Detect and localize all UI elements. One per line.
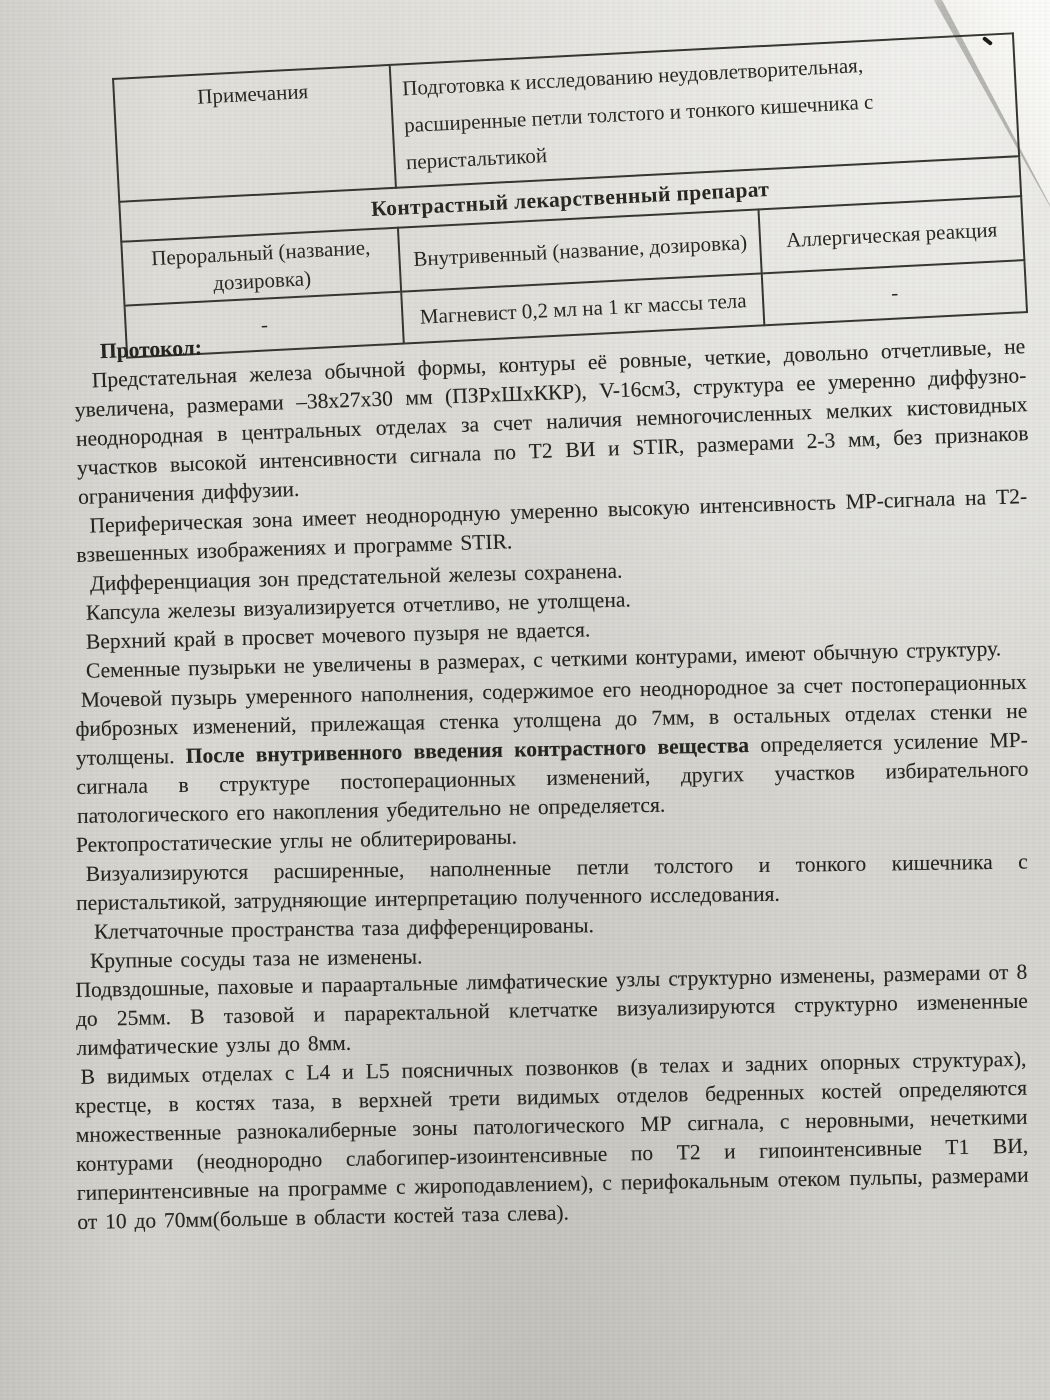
notes-label-cell: Примечания [113,65,396,202]
bladder-text-bold: После внутривенного введения контрастног… [186,733,750,768]
paragraph-bladder: Мочевой пузырь умеренного наполнения, со… [75,668,1030,831]
scanned-report-page: Примечания Подготовка к исследованию неу… [0,0,1050,1400]
paragraph-bones: В видимых отделах с L4 и L5 поясничных п… [74,1045,1029,1237]
protocol-section: Протокол: Предстательная железа обычной … [76,338,1028,1237]
